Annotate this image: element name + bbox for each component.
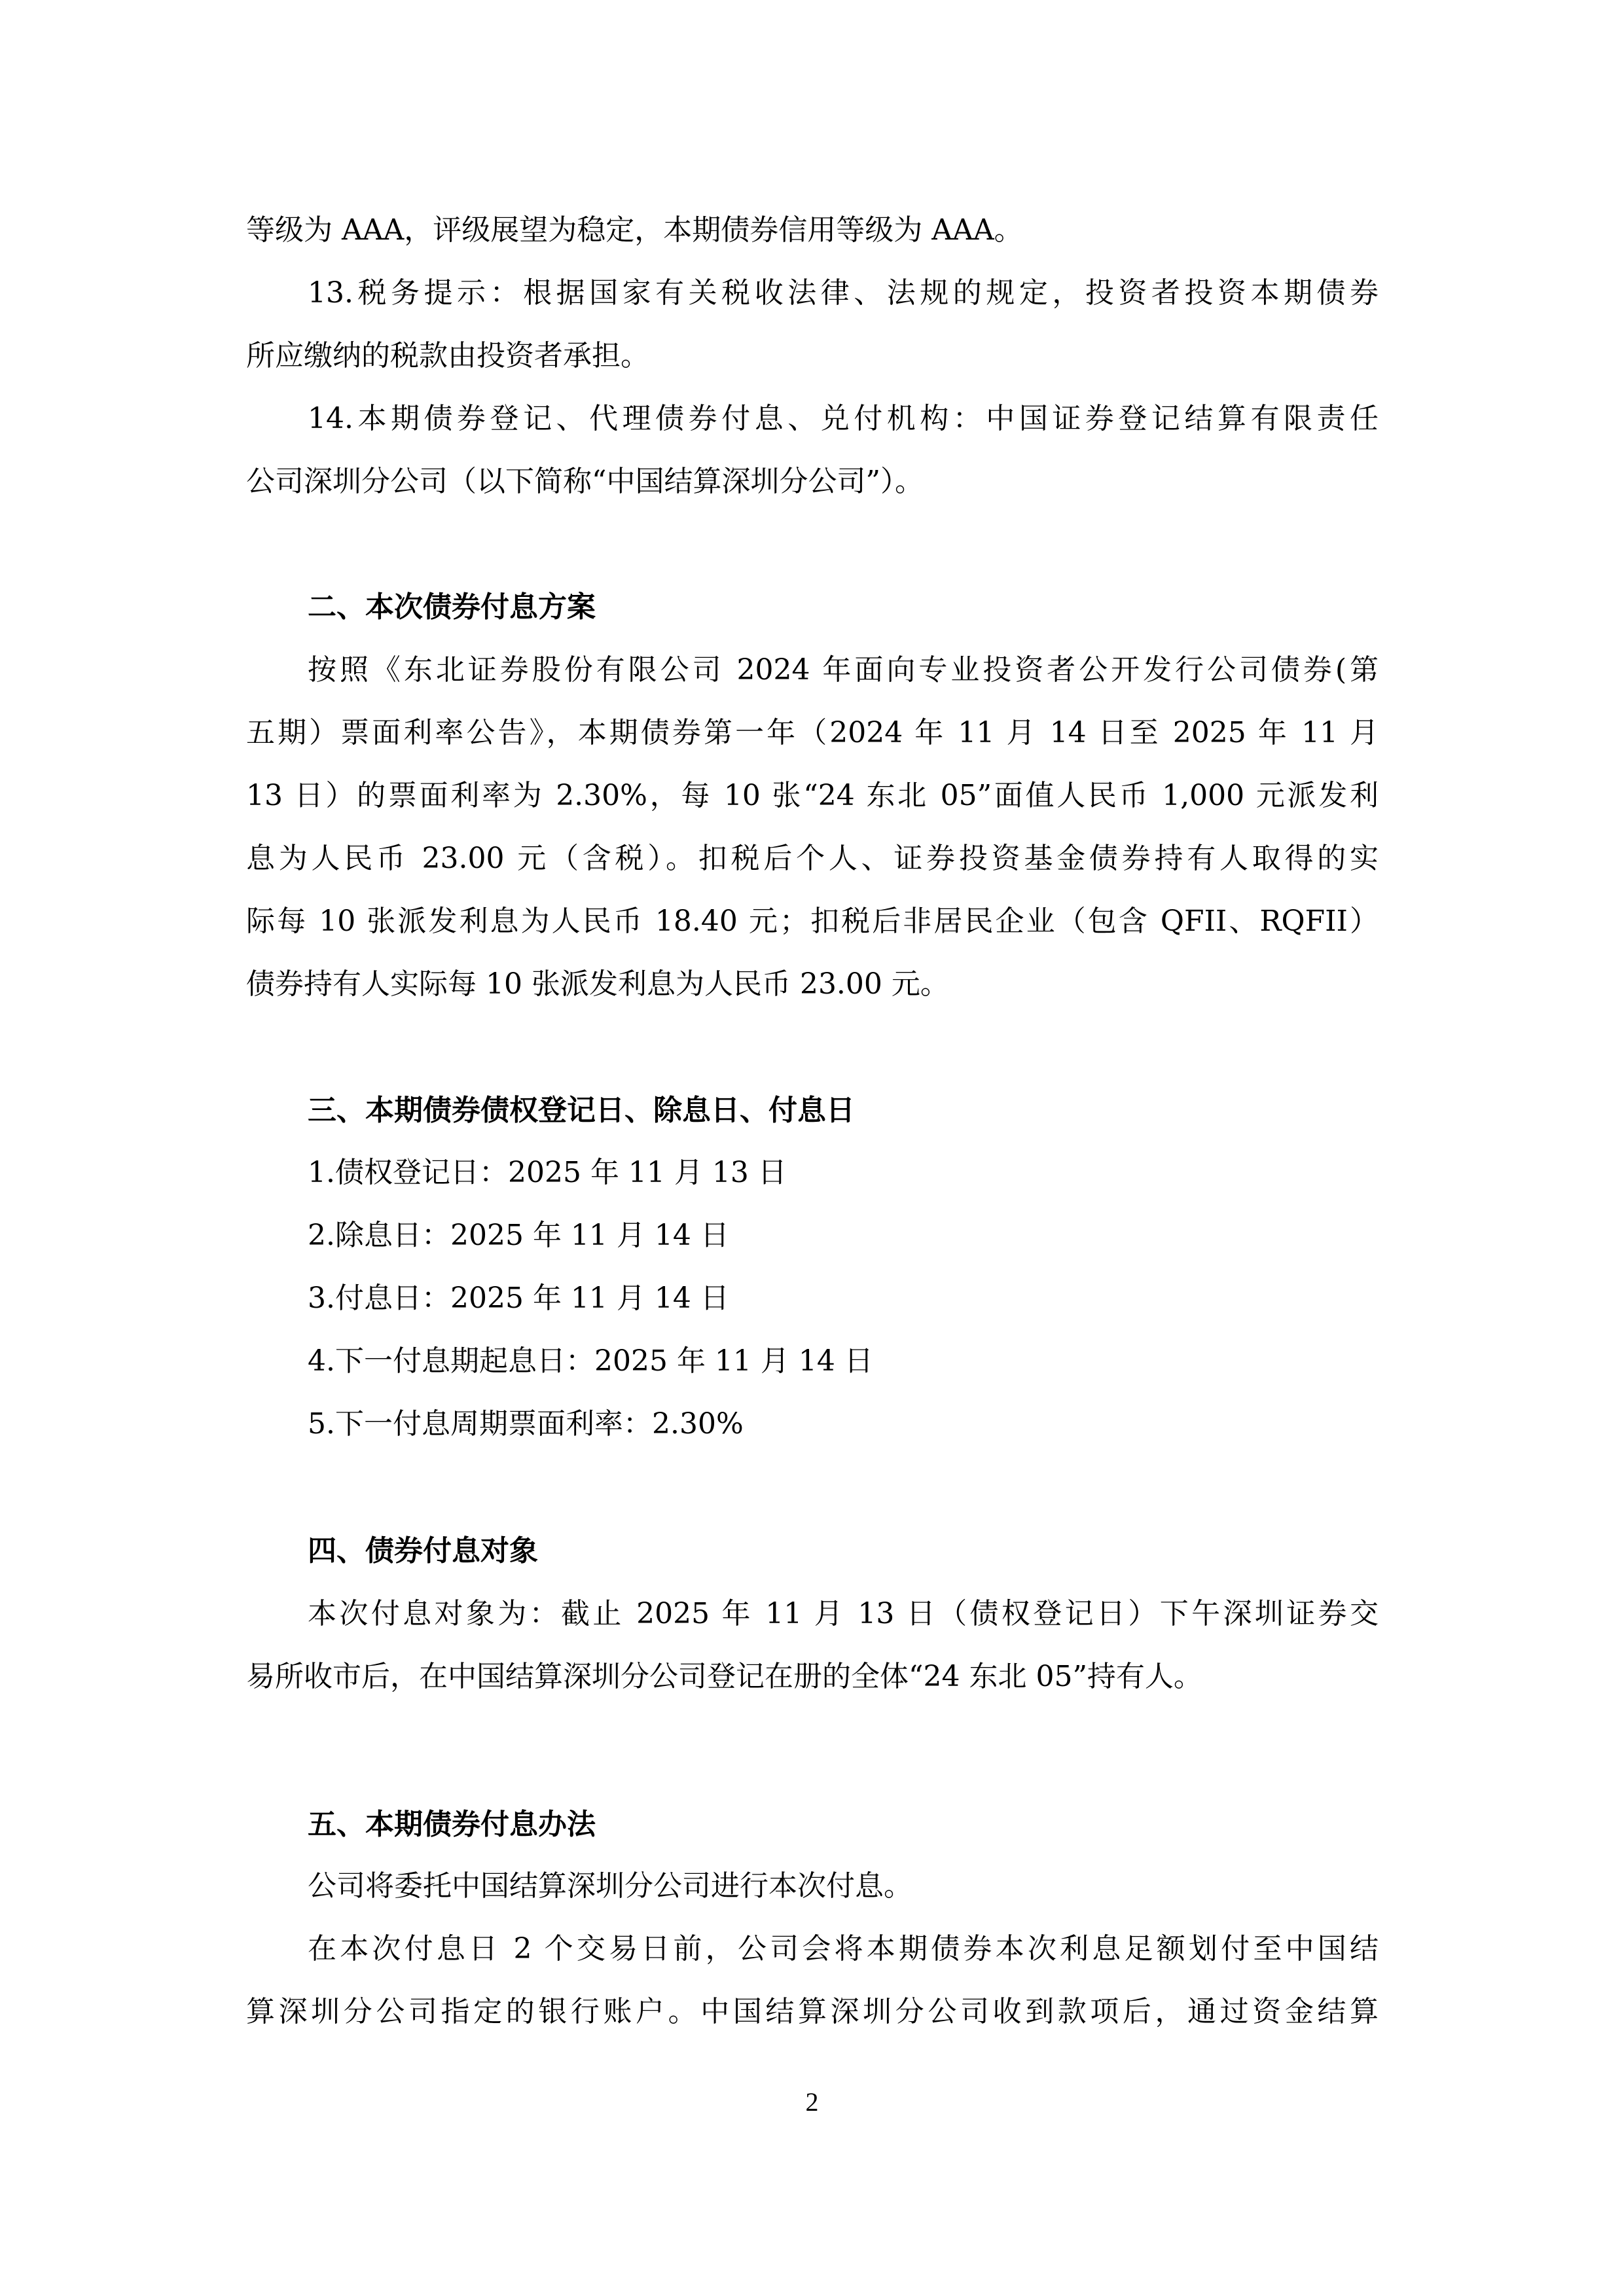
- list-item: 5.下一付息周期票面利率：2.30%: [308, 1405, 744, 1444]
- paragraph-line: 等级为 AAA，评级展望为稳定，本期债券信用等级为 AAA。: [246, 211, 1023, 250]
- paragraph-line: 际每 10 张派发利息为人民币 18.40 元；扣税后非居民企业（包含 QFII…: [246, 902, 1379, 941]
- paragraph-line: 本次付息对象为：截止 2025 年 11 月 13 日（债权登记日）下午深圳证券…: [308, 1594, 1379, 1634]
- paragraph-line: 债券持有人实际每 10 张派发利息为人民币 23.00 元。: [246, 965, 949, 1004]
- page-number: 2: [0, 2087, 1624, 2117]
- section-heading: 五、本期债券付息办法: [308, 1805, 596, 1844]
- list-item: 3.付息日：2025 年 11 月 14 日: [308, 1279, 729, 1318]
- paragraph-line: 公司深圳分公司（以下简称“中国结算深圳分公司”）。: [246, 462, 924, 501]
- paragraph-line: 公司将委托中国结算深圳分公司进行本次付息。: [308, 1867, 912, 1906]
- paragraph-line: 在本次付息日 2 个交易日前，公司会将本期债券本次利息足额划付至中国结: [308, 1929, 1379, 1969]
- paragraph-line: 息为人民币 23.00 元（含税）。扣税后个人、证券投资基金债券持有人取得的实: [246, 839, 1379, 878]
- paragraph-line: 算深圳分公司指定的银行账户。中国结算深圳分公司收到款项后，通过资金结算: [246, 1992, 1379, 2032]
- paragraph-line: 14.本期债券登记、代理债券付息、兑付机构：中国证券登记结算有限责任: [308, 399, 1379, 439]
- paragraph-line: 五期）票面利率公告》，本期债券第一年（2024 年 11 月 14 日至 202…: [246, 713, 1379, 753]
- paragraph-line: 易所收市后，在中国结算深圳分公司登记在册的全体“24 东北 05”持有人。: [246, 1657, 1202, 1696]
- paragraph-line: 按照《东北证券股份有限公司 2024 年面向专业投资者公开发行公司债券(第: [308, 651, 1379, 690]
- section-heading: 四、债券付息对象: [308, 1532, 538, 1571]
- list-item: 4.下一付息期起息日：2025 年 11 月 14 日: [308, 1342, 873, 1381]
- list-item: 1.债权登记日：2025 年 11 月 13 日: [308, 1153, 787, 1193]
- list-item: 2.除息日：2025 年 11 月 14 日: [308, 1216, 729, 1255]
- paragraph-line: 所应缴纳的税款由投资者承担。: [246, 336, 649, 376]
- paragraph-line: 13 日）的票面利率为 2.30%，每 10 张“24 东北 05”面值人民币 …: [246, 776, 1379, 816]
- section-heading: 二、本次债券付息方案: [308, 588, 596, 627]
- section-heading: 三、本期债券债权登记日、除息日、付息日: [308, 1091, 855, 1130]
- paragraph-line: 13.税务提示：根据国家有关税收法律、法规的规定，投资者投资本期债券: [308, 274, 1379, 313]
